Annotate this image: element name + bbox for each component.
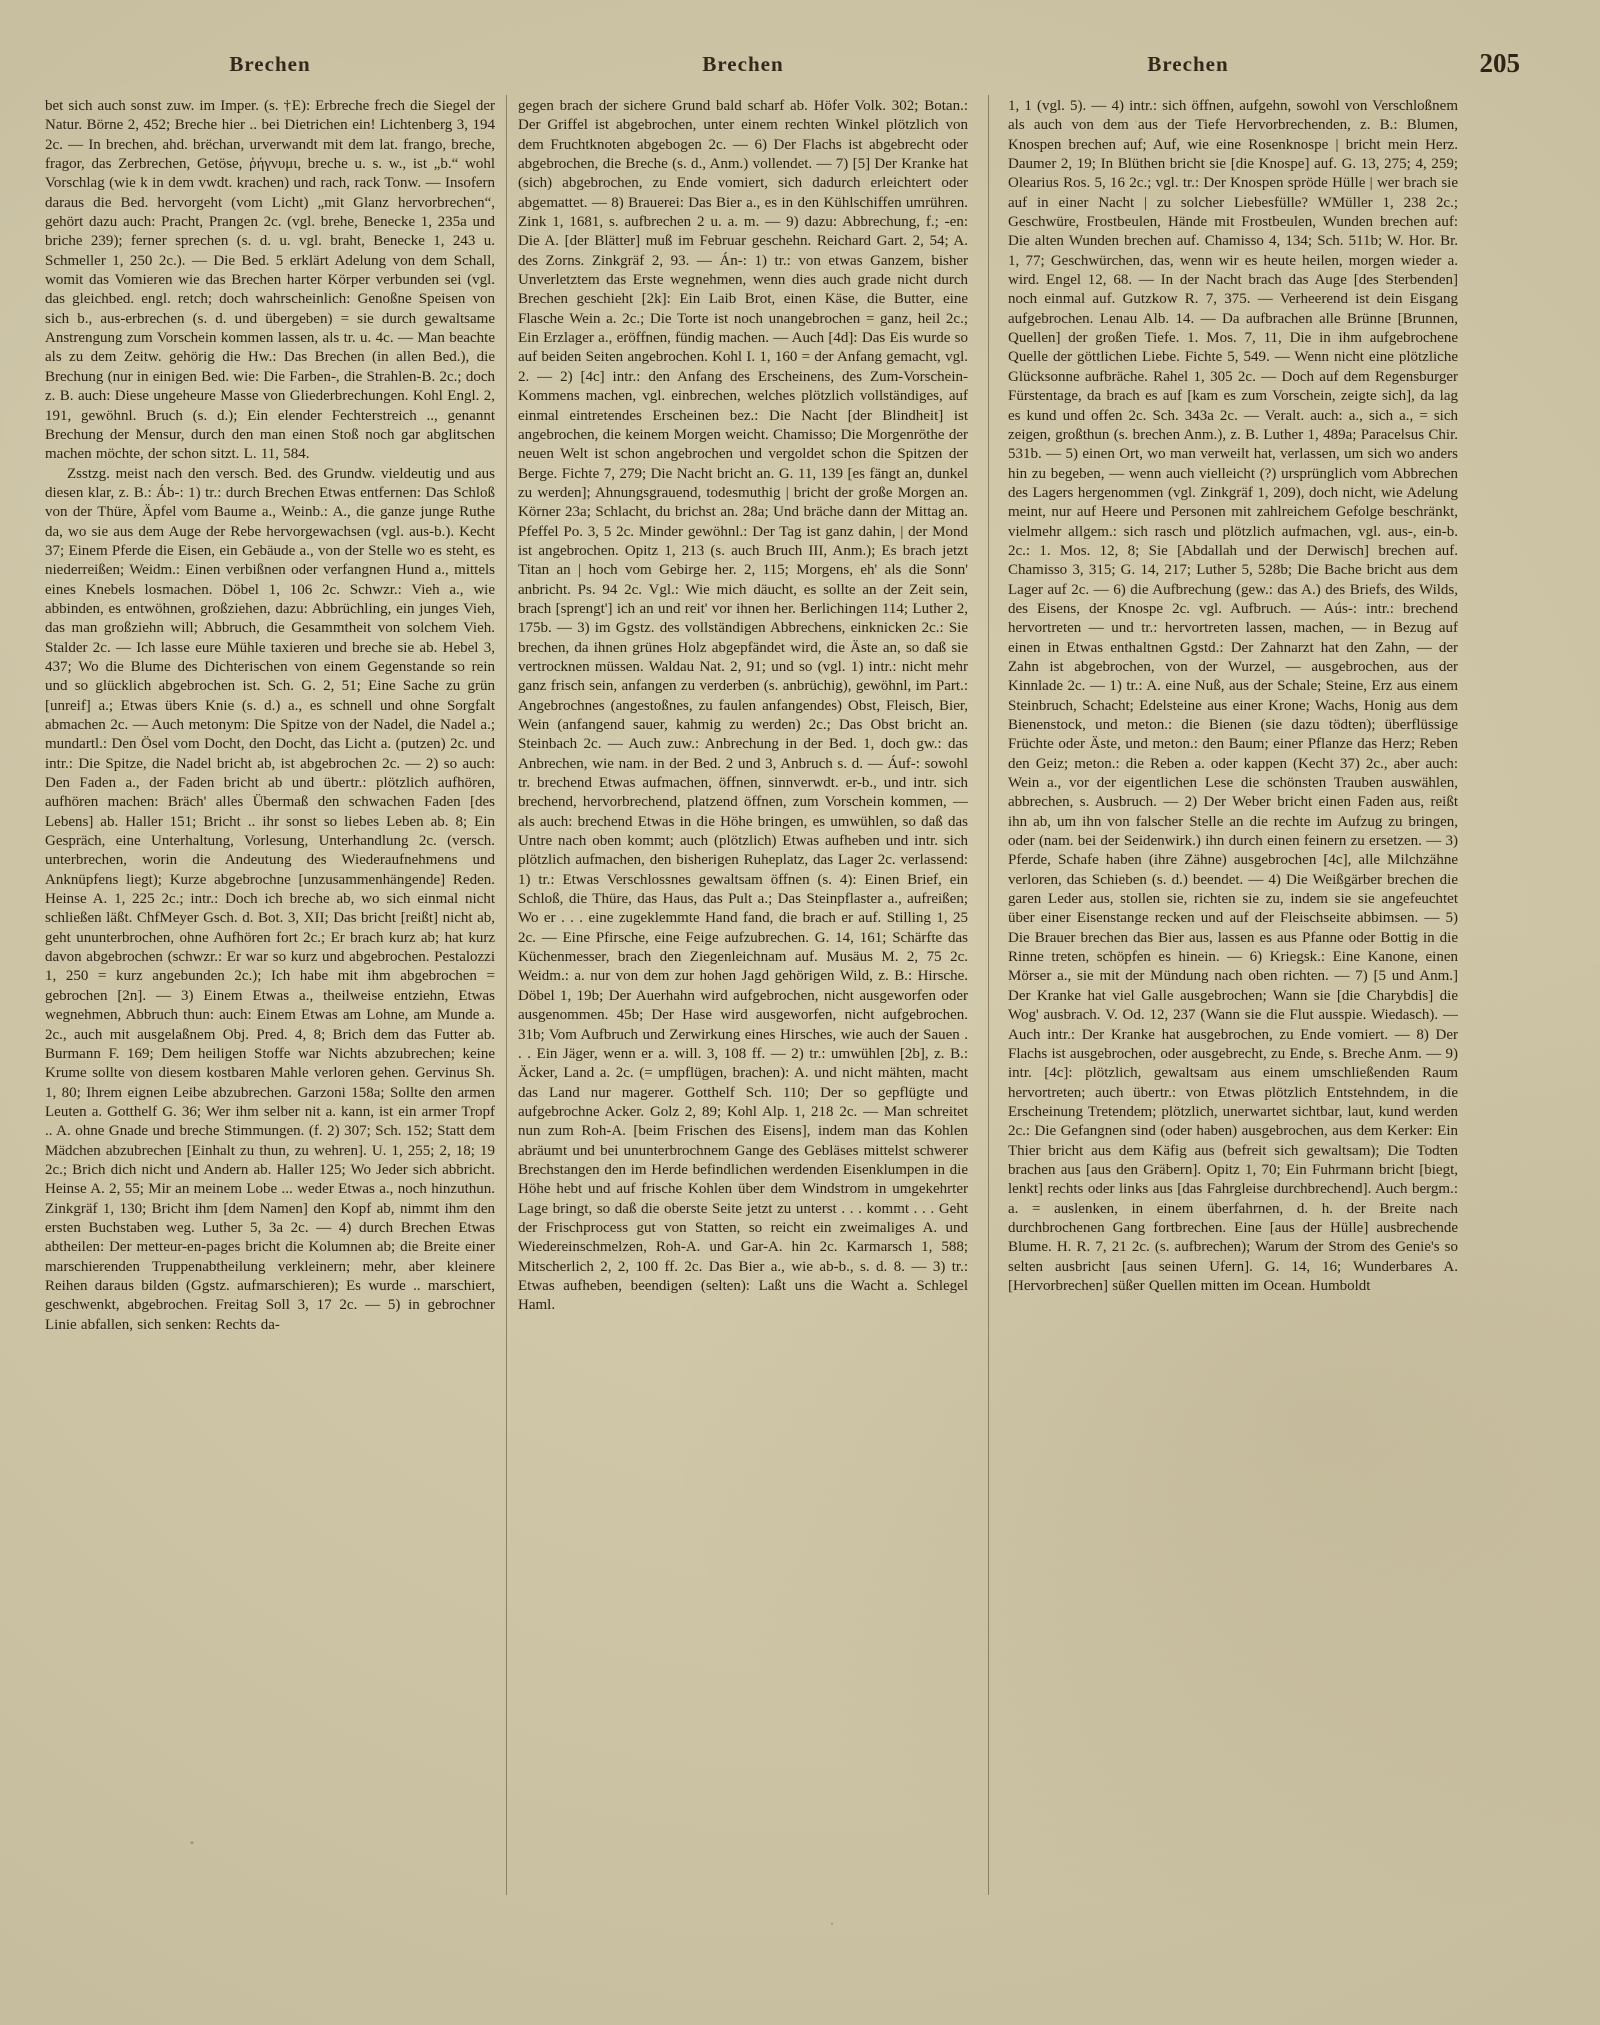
running-head-col1: Brechen [45, 52, 495, 78]
paragraph-zsstzg: Zsstzg. meist nach den versch. Bed. des … [45, 465, 495, 1335]
paragraph-continuation: gegen brach der sichere Grund bald schar… [518, 97, 968, 1316]
running-head-col2: Brechen [518, 52, 968, 78]
text-column-2: gegen brach der sichere Grund bald schar… [518, 97, 968, 1897]
running-head-col3: Brechen [1008, 52, 1368, 78]
column-divider-rule-1 [506, 95, 507, 1895]
paragraph-continuation: 1, 1 (vgl. 5). — 4) intr.: sich öffnen, … [1008, 97, 1458, 1296]
page-number: 205 [1400, 48, 1520, 79]
text-column-1: bet sich auch sonst zuw. im Imper. (s. †… [45, 97, 495, 1897]
text-column-3: 1, 1 (vgl. 5). — 4) intr.: sich öffnen, … [1008, 97, 1458, 1897]
scanned-dictionary-page: { "header": { "running_head_col1": "Brec… [0, 0, 1600, 2025]
column-divider-rule-2 [988, 95, 989, 1895]
paragraph-continuation: bet sich auch sonst zuw. im Imper. (s. †… [45, 97, 495, 465]
